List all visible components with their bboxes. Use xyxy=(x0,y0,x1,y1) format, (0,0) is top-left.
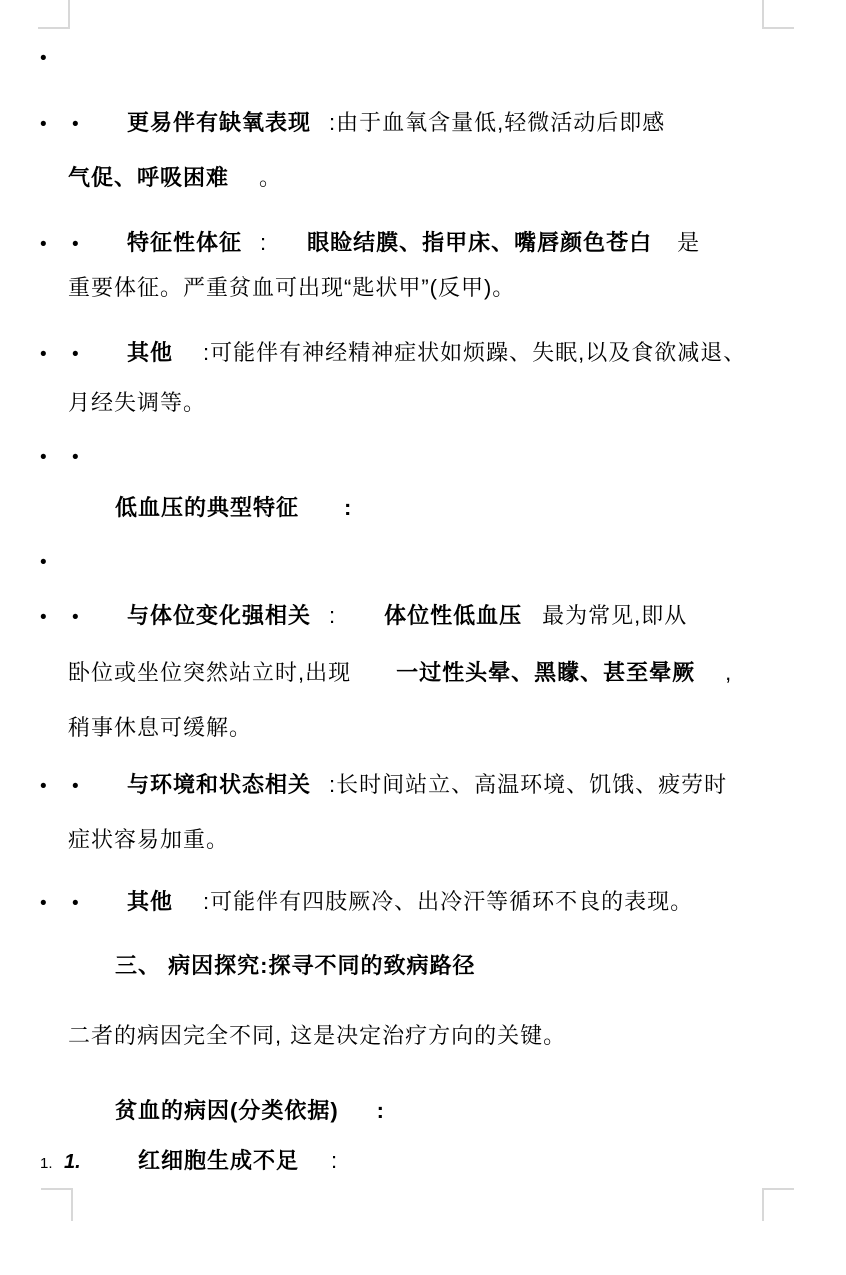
text-gap xyxy=(522,622,542,623)
text-run: 月经失调等。 xyxy=(68,390,206,415)
list-item-line: ••特征性体征:眼睑结膜、指甲床、嘴唇颜色苍白是 xyxy=(40,228,700,258)
text-run: 重要体征。严重贫血可出现“匙状甲”(反甲)。 xyxy=(68,275,515,300)
text-run: : xyxy=(260,230,267,255)
list-bullet-icon: • xyxy=(72,603,127,633)
list-bullet-icon: • xyxy=(72,443,127,473)
text-run: : xyxy=(331,1148,338,1173)
list-bullet-icon: • xyxy=(72,772,127,802)
list-bullet-icon: • xyxy=(40,110,72,140)
list-item-line: ••其他:可能伴有四肢厥冷、出冷汗等循环不良的表现。 xyxy=(40,887,693,917)
empty-bullet-item: •• xyxy=(40,441,127,471)
continuation-line: 重要体征。严重贫血可出现“匙状甲”(反甲)。 xyxy=(68,273,515,303)
text-gap xyxy=(311,791,329,792)
text-gap xyxy=(299,514,344,515)
text-gap xyxy=(339,1117,377,1118)
text-run: 气促、呼吸困难 xyxy=(68,165,229,190)
text-run: :由于血氧含量低,轻微活动后即感 xyxy=(329,110,665,135)
text-gap xyxy=(242,249,260,250)
numbered-item-line: 1.1.红细胞生成不足: xyxy=(40,1146,338,1176)
text-run: 与环境和状态相关 xyxy=(127,772,311,797)
text-boundary-mark-bottom-left xyxy=(41,1188,73,1221)
heading-line: 低血压的典型特征: xyxy=(115,493,352,523)
text-gap xyxy=(173,359,203,360)
list-item-line: ••与体位变化强相关:体位性低血压最为常见,即从 xyxy=(40,601,687,631)
text-gap xyxy=(351,679,396,680)
text-run: 三、 病因探究:探寻不同的致病路径 xyxy=(115,953,475,978)
list-bullet-icon: • xyxy=(72,230,127,260)
list-item-line: ••与环境和状态相关:长时间站立、高温环境、饥饿、疲劳时 xyxy=(40,770,727,800)
text-run: 。 xyxy=(259,165,282,190)
text-run: 特征性体征 xyxy=(127,230,242,255)
list-number-marker: 1. xyxy=(40,1149,64,1179)
text-gap xyxy=(282,1042,290,1043)
continuation-line: 稍事休息可缓解。 xyxy=(68,713,252,743)
list-bullet-icon: • xyxy=(40,889,72,919)
list-bullet-icon: • xyxy=(72,889,127,919)
continuation-line: 月经失调等。 xyxy=(68,388,206,418)
text-run: 低血压的典型特征 xyxy=(115,495,299,520)
list-bullet-icon: • xyxy=(72,340,127,370)
text-run: :可能伴有神经精神症状如烦躁、失眠,以及食欲减退、 xyxy=(203,340,746,365)
empty-bullet-item: • xyxy=(40,546,72,576)
heading-line: 贫血的病因(分类依据): xyxy=(115,1096,385,1126)
text-run: : xyxy=(344,495,352,520)
text-run: : xyxy=(377,1098,385,1123)
continuation-line: 症状容易加重。 xyxy=(68,825,229,855)
text-gap xyxy=(299,1167,331,1168)
text-boundary-mark-top-right xyxy=(762,0,794,29)
text-gap xyxy=(695,679,725,680)
text-run: 是 xyxy=(677,230,700,255)
text-run: 其他 xyxy=(127,340,173,365)
text-gap xyxy=(336,622,384,623)
text-run: , xyxy=(725,660,732,685)
text-run: : xyxy=(329,603,336,628)
list-bullet-icon: • xyxy=(40,443,72,473)
text-gap xyxy=(652,249,677,250)
text-run: 其他 xyxy=(127,889,173,914)
text-run: 贫血的病因(分类依据) xyxy=(115,1098,339,1123)
continuation-line: 卧位或坐位突然站立时,出现一过性头晕、黑矇、甚至晕厥, xyxy=(68,658,732,688)
text-run: :可能伴有四肢厥冷、出冷汗等循环不良的表现。 xyxy=(203,889,693,914)
text-gap xyxy=(229,184,259,185)
list-bullet-icon: • xyxy=(40,230,72,260)
text-run: 红细胞生成不足 xyxy=(138,1148,299,1173)
text-gap xyxy=(311,129,329,130)
heading-line: 三、 病因探究:探寻不同的致病路径 xyxy=(115,951,475,981)
list-item-line: ••更易伴有缺氧表现:由于血氧含量低,轻微活动后即感 xyxy=(40,108,665,138)
list-bullet-icon: • xyxy=(40,772,72,802)
text-gap xyxy=(173,908,203,909)
text-run: 更易伴有缺氧表现 xyxy=(127,110,311,135)
text-run: 二者的病因完全不同, xyxy=(68,1023,282,1048)
list-bullet-icon: • xyxy=(72,110,127,140)
text-gap xyxy=(267,249,307,250)
text-run: 一过性头晕、黑矇、甚至晕厥 xyxy=(396,660,695,685)
text-run: 眼睑结膜、指甲床、嘴唇颜色苍白 xyxy=(307,230,652,255)
text-run: 卧位或坐位突然站立时,出现 xyxy=(68,660,351,685)
text-run: 最为常见,即从 xyxy=(542,603,687,628)
list-number-literal: 1. xyxy=(64,1147,138,1177)
text-run: 症状容易加重。 xyxy=(68,827,229,852)
text-run: 体位性低血压 xyxy=(384,603,522,628)
text-run: 与体位变化强相关 xyxy=(127,603,311,628)
list-item-line: ••其他:可能伴有神经精神症状如烦躁、失眠,以及食欲减退、 xyxy=(40,338,746,368)
text-boundary-mark-top-left xyxy=(38,0,70,29)
list-bullet-icon: • xyxy=(40,603,72,633)
text-gap xyxy=(311,622,329,623)
document-page: •••更易伴有缺氧表现:由于血氧含量低,轻微活动后即感气促、呼吸困难。••特征性… xyxy=(0,0,846,1275)
empty-bullet-item: • xyxy=(40,42,72,72)
text-run: 稍事休息可缓解。 xyxy=(68,715,252,740)
text-run: 这是决定治疗方向的关键。 xyxy=(290,1023,566,1048)
text-boundary-mark-bottom-right xyxy=(762,1188,794,1221)
list-bullet-icon: • xyxy=(40,548,72,578)
continuation-line: 气促、呼吸困难。 xyxy=(68,163,282,193)
list-bullet-icon: • xyxy=(40,340,72,370)
body-line: 二者的病因完全不同,这是决定治疗方向的关键。 xyxy=(68,1021,566,1051)
list-bullet-icon: • xyxy=(40,44,72,74)
text-run: :长时间站立、高温环境、饥饿、疲劳时 xyxy=(329,772,727,797)
